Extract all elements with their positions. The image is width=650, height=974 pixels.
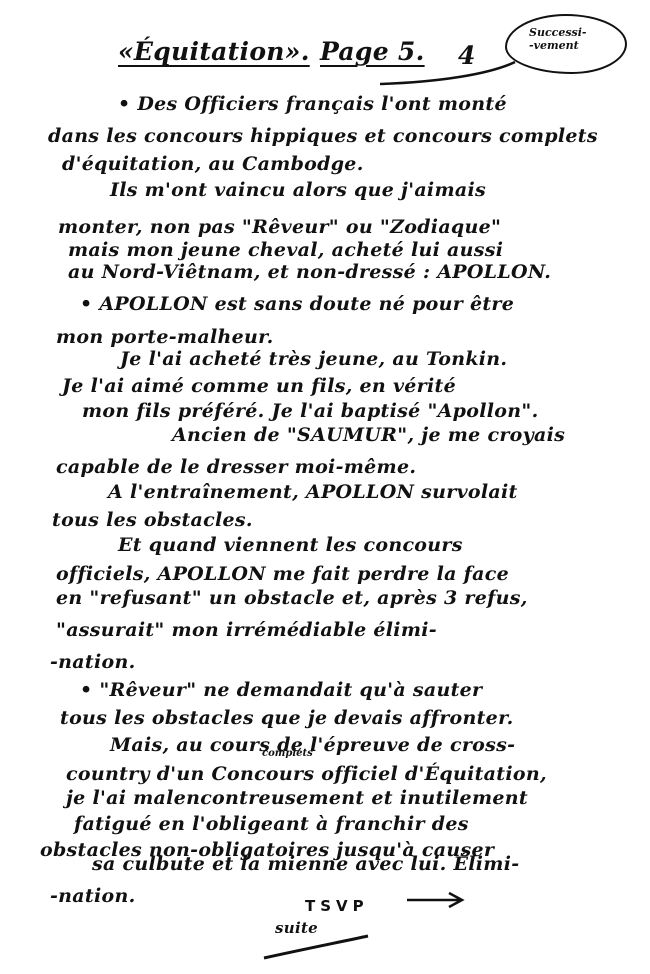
signature-underline	[260, 920, 370, 960]
margin-note-line-1: Successi-	[529, 26, 586, 39]
text-line: d'équitation, au Cambodge.	[62, 152, 364, 176]
arrow-right-icon	[405, 890, 465, 910]
text-line: tous les obstacles.	[52, 508, 253, 532]
text-line: officiels, APOLLON me fait perdre la fac…	[56, 562, 509, 586]
text-line: -nation.	[50, 650, 136, 674]
text-line: mon porte-malheur.	[56, 325, 274, 349]
text-line: Je l'ai aimé comme un fils, en vérité	[62, 374, 456, 398]
text-line: mais mon jeune cheval, acheté lui aussi	[68, 238, 503, 262]
text-line: Ils m'ont vaincu alors que j'aimais	[110, 178, 486, 202]
text-line: mon fils préféré. Je l'ai baptisé "Apoll…	[82, 399, 538, 423]
text-line: "assurait" mon irrémédiable élimi-	[56, 618, 437, 642]
text-line: sa culbute et la mienne avec lui. Élimi-	[92, 852, 519, 876]
text-line: Je l'ai acheté très jeune, au Tonkin.	[120, 347, 507, 371]
text-line: A l'entraînement, APOLLON survolait	[108, 480, 518, 504]
text-line: • APOLLON est sans doute né pour être	[80, 292, 514, 316]
text-line: je l'ai malencontreusement et inutilemen…	[66, 786, 528, 810]
text-line: -nation.	[50, 884, 136, 908]
document-title: «Équitation».	[118, 40, 310, 64]
text-line: Et quand viennent les concours	[118, 533, 463, 557]
text-line: au Nord-Viêtnam, et non-dressé : APOLLON…	[68, 260, 551, 284]
text-line: • "Rêveur" ne demandait qu'à sauter	[80, 678, 482, 702]
text-line: country d'un Concours officiel d'Équitat…	[66, 762, 547, 786]
insertion-note: complets	[262, 748, 313, 759]
text-line: fatigué en l'obligeant à franchir des	[74, 812, 469, 836]
text-line: dans les concours hippiques et concours …	[48, 124, 598, 148]
margin-note-line-2: -vement	[529, 39, 586, 52]
text-line: capable de le dresser moi-même.	[56, 455, 416, 479]
tsvp-label: TSVP	[305, 894, 369, 918]
text-line: monter, non pas "Rêveur" ou "Zodiaque"	[58, 215, 501, 239]
text-line: en "refusant" un obstacle et, après 3 re…	[56, 586, 528, 610]
margin-note-bubble: Successi- -vement	[505, 14, 627, 74]
text-line: Ancien de "SAUMUR", je me croyais	[172, 423, 565, 447]
bubble-tail	[380, 60, 520, 88]
text-line: tous les obstacles que je devais affront…	[60, 706, 514, 730]
text-line: • Des Officiers français l'ont monté	[118, 92, 507, 116]
